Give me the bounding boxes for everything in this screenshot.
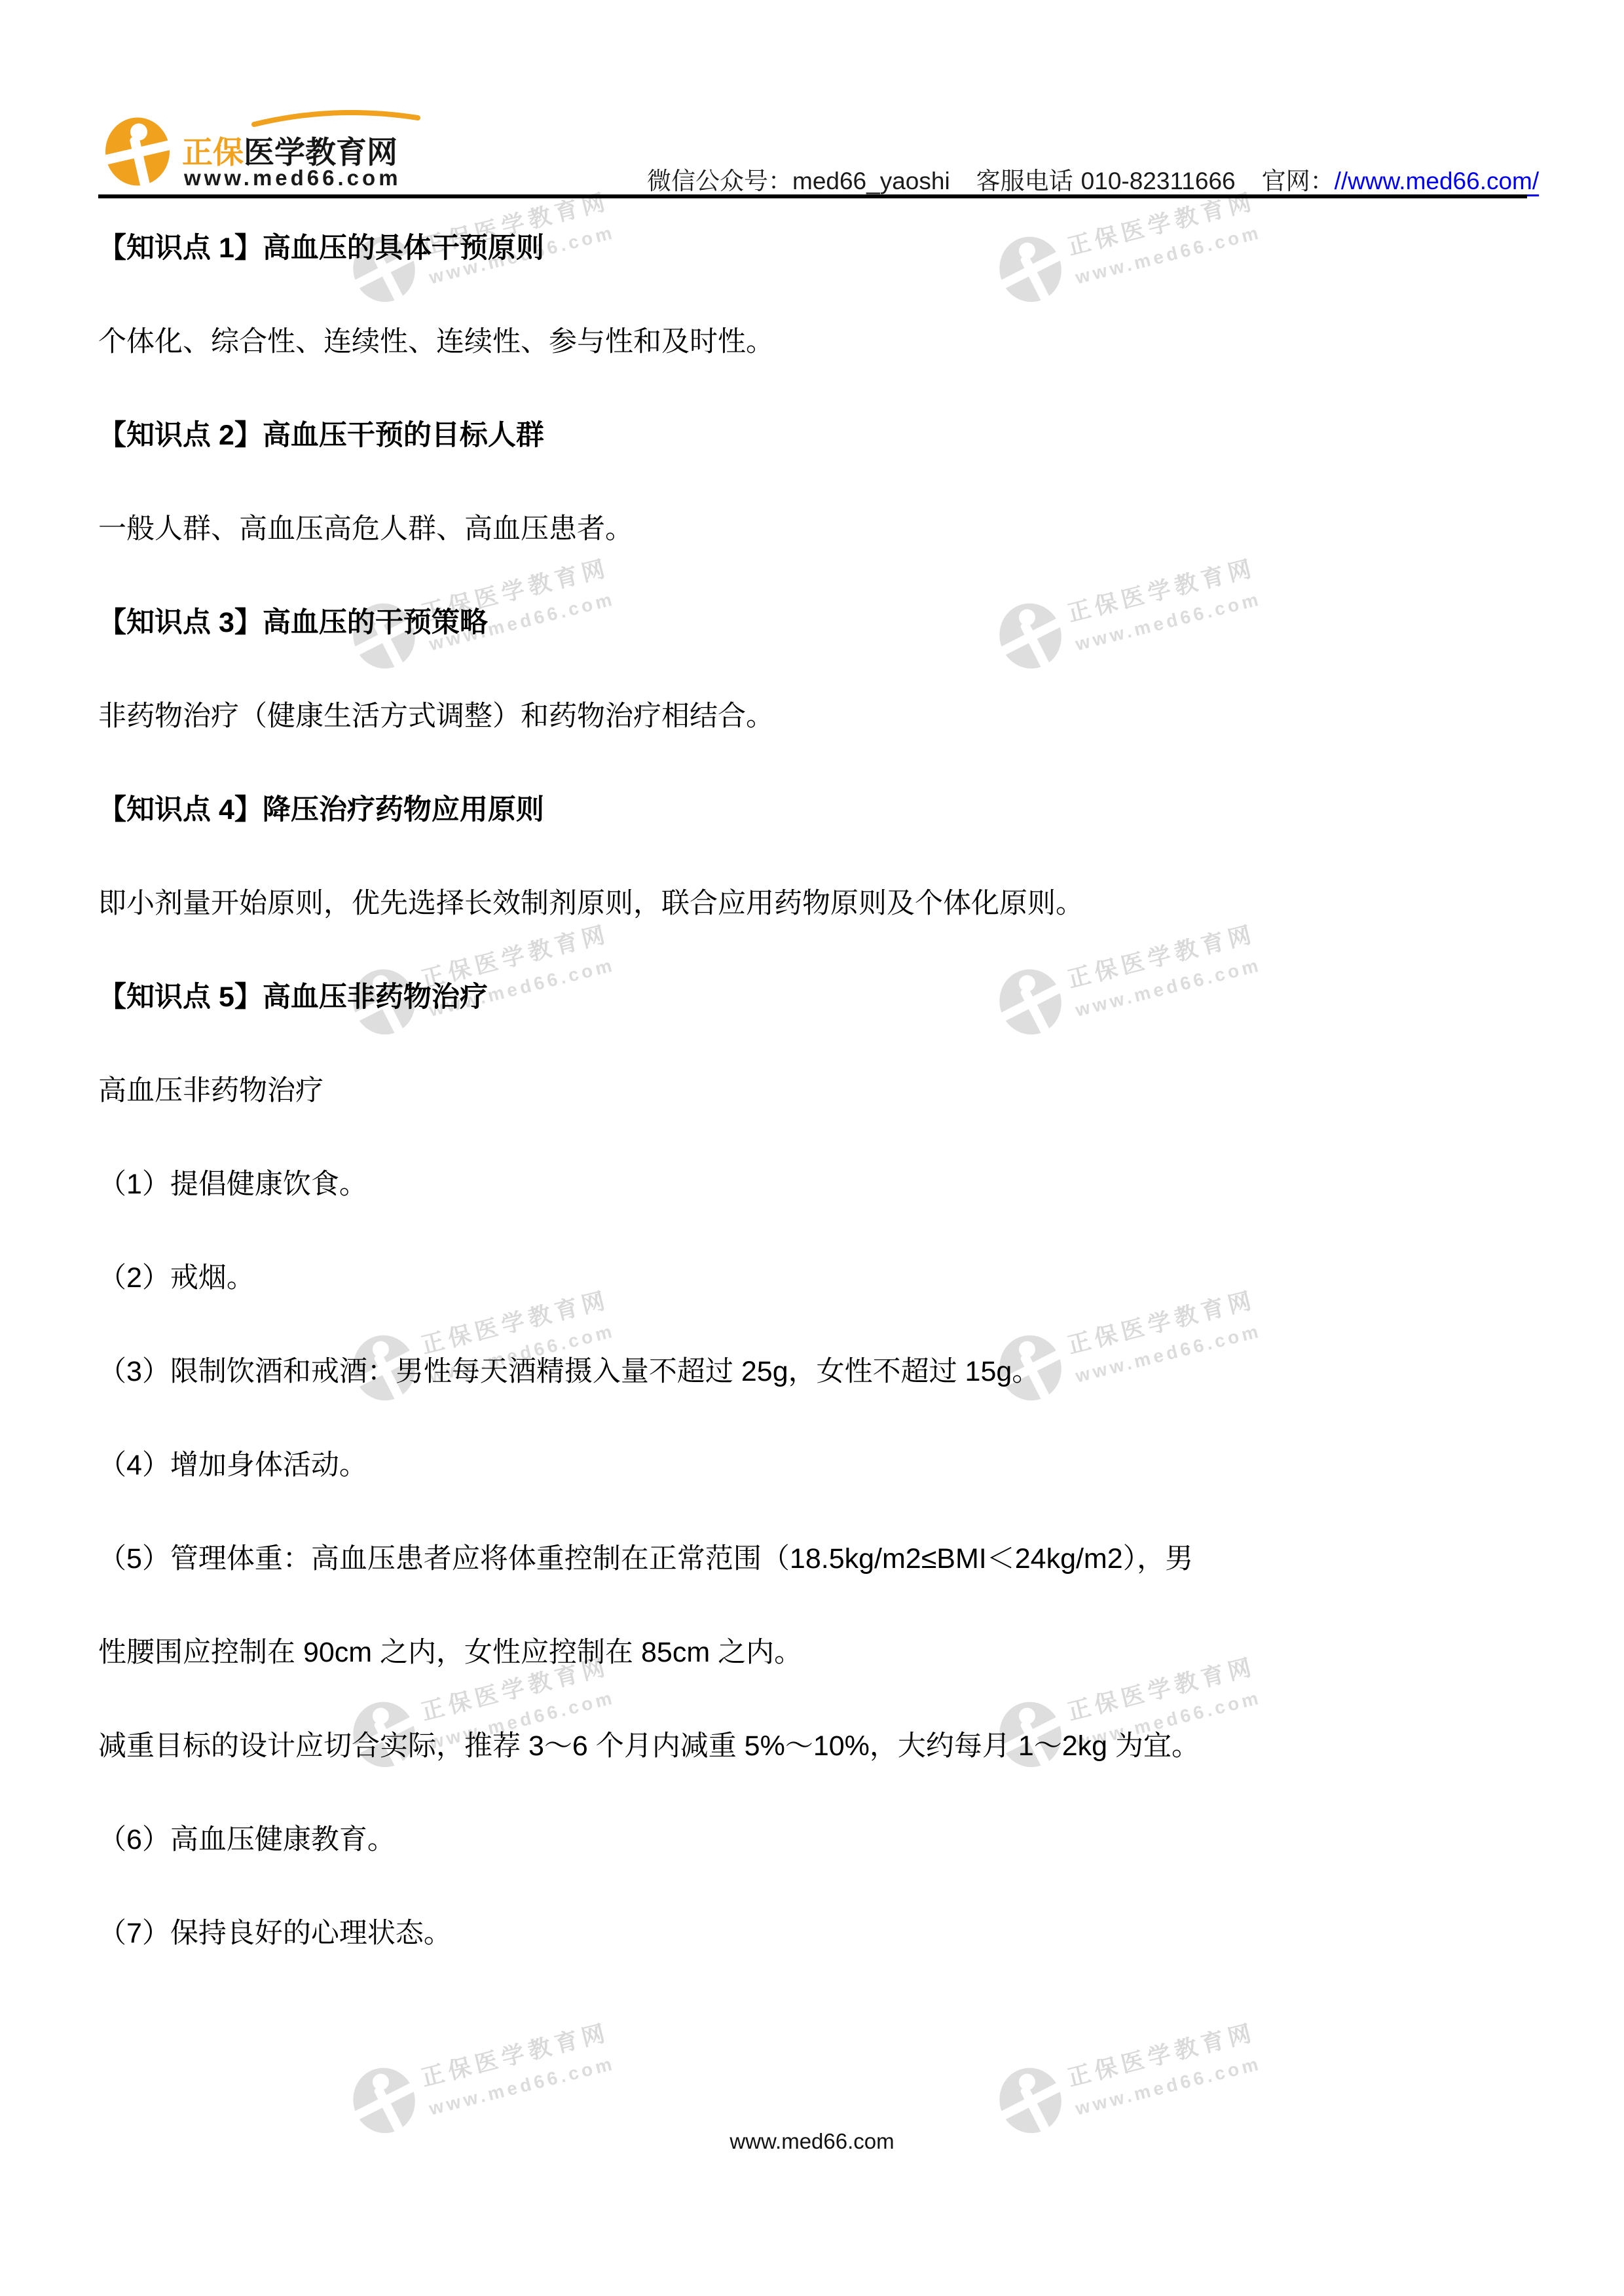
wechat-label: 微信公众号：: [647, 168, 792, 195]
brand-name-highlight: 正保: [182, 135, 244, 170]
header-contact-info: 微信公众号：med66_yaoshi客服电话010-82311666官网：//w…: [647, 161, 1539, 196]
med66-logo-icon: [105, 117, 170, 187]
wechat-account: med66_yaoshi: [792, 168, 950, 194]
official-site-link[interactable]: //www.med66.com/: [1335, 168, 1540, 194]
document-page: { "header": { "brand_name_highlight": "正…: [0, 0, 1624, 2296]
brand-site-url: www.med66.com: [184, 166, 401, 191]
site-label: 官网：: [1262, 168, 1335, 195]
brand-swoosh-icon: [251, 109, 420, 127]
phone-label: 客服电话: [976, 168, 1073, 195]
brand-name-rest: 医学教育网: [244, 135, 397, 170]
phone-number: 010-82311666: [1081, 168, 1236, 194]
header-divider: [98, 194, 1527, 198]
page-header: 正保医学教育网 www.med66.com 微信公众号：med66_yaoshi…: [0, 0, 1624, 2296]
